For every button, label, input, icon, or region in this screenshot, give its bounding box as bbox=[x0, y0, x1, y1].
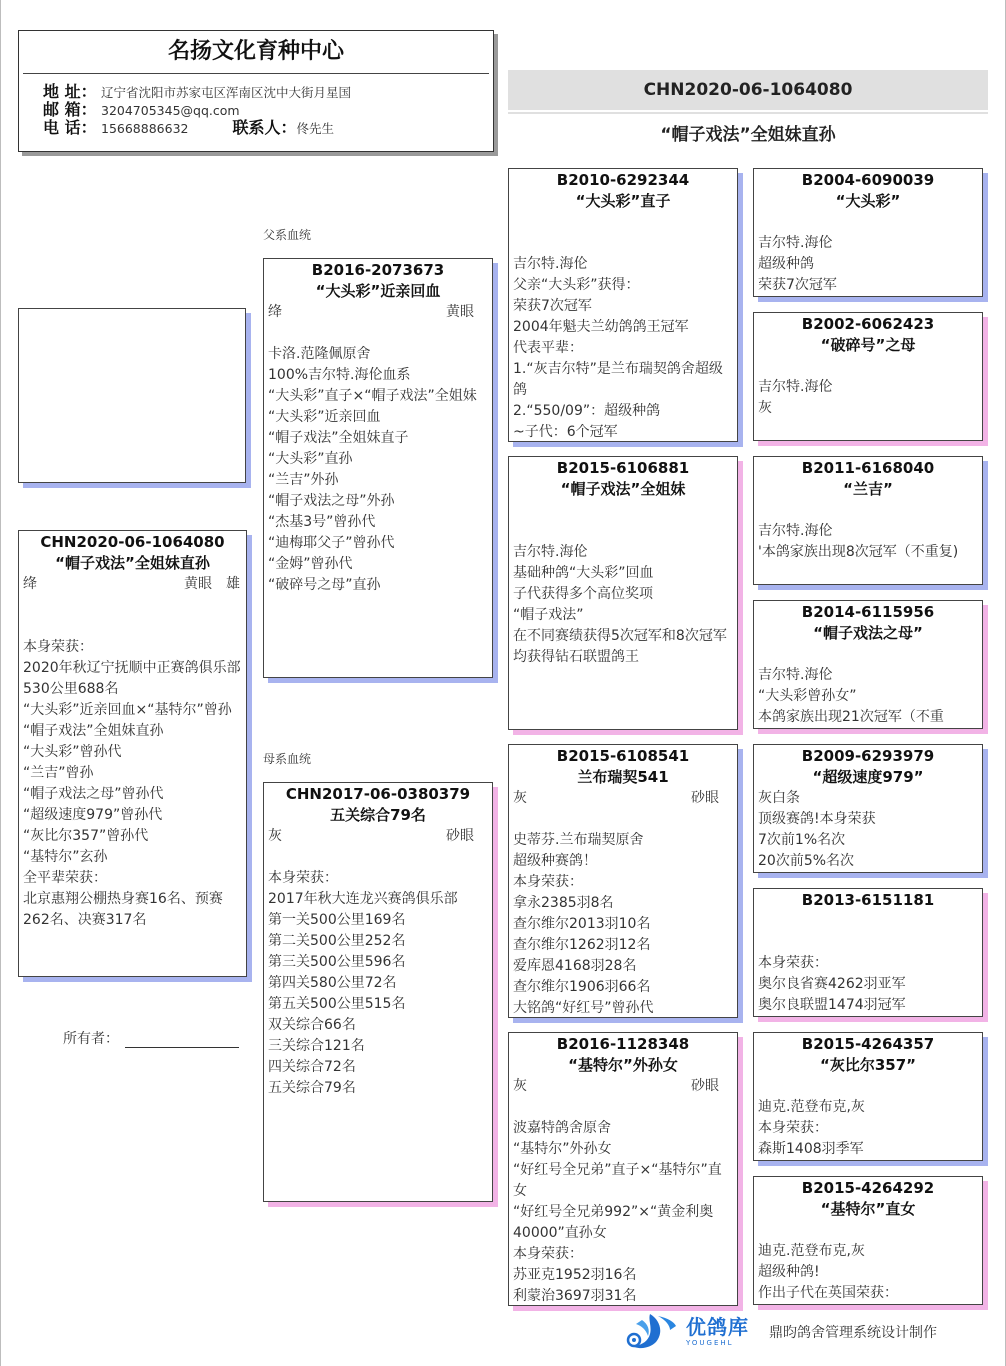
owner-field: 所有者： bbox=[63, 1028, 239, 1048]
note-line: 全平辈荣获： bbox=[23, 868, 242, 889]
note-line: 荣获7次冠军 bbox=[758, 275, 978, 296]
contact-label: 联系人： bbox=[232, 118, 296, 137]
note-line: “帽子戏法”全姐妹直子 bbox=[268, 428, 488, 449]
divider bbox=[508, 112, 988, 114]
note-line: 2020年秋辽宁抚顺中正赛鸽俱乐部530公里688名 bbox=[23, 658, 242, 700]
note-line: 吉尔特.海伦 bbox=[513, 542, 733, 563]
note-line: 7次前1%名次 bbox=[758, 830, 978, 851]
pigeon-attributes: 灰 砂眼 bbox=[509, 1076, 737, 1097]
great-grandparent-card: B2013-6151181 本身荣获： 奥尔良省赛4262羽亚军 奥尔良联盟14… bbox=[753, 888, 983, 1017]
note-line: 第二关500公里252名 bbox=[268, 931, 488, 952]
card-notes: 吉尔特.海伦 超级种鸽 荣获7次冠军 bbox=[754, 233, 982, 296]
ring-number: B2015-4264292 bbox=[754, 1178, 982, 1198]
pigeon-name: “破碎号”之母 bbox=[754, 334, 982, 356]
pigeon-attributes: 灰 砂眼 bbox=[264, 826, 492, 847]
sex: 雄 bbox=[226, 574, 240, 595]
note-line: 2004年魁夫兰幼鸽鸽王冠军 bbox=[513, 317, 733, 338]
phone-row: 电 话：15668886632联系人：佟先生 bbox=[43, 119, 493, 137]
great-grandparent-card: B2014-6115956 “帽子戏法之母” 吉尔特.海伦 “大头彩曾孙女” 本… bbox=[753, 600, 983, 729]
pigeon-name: “大头彩”近亲回血 bbox=[264, 280, 492, 302]
note-line: “灰比尔357”曾孙代 bbox=[23, 826, 242, 847]
note-line: 超级种鸽 bbox=[758, 254, 978, 275]
owner-label: 所有者： bbox=[63, 1031, 119, 1047]
note-line: 爱库恩4168羽28名 bbox=[513, 956, 733, 977]
note-line: 本身荣获： bbox=[268, 868, 488, 889]
pigeon-name: “兰吉” bbox=[754, 478, 982, 500]
note-line: 迪克.范登布克,灰 bbox=[758, 1241, 978, 1262]
note-line: 迪克.范登布克,灰 bbox=[758, 1097, 978, 1118]
note-line: “帽子戏法” bbox=[513, 605, 733, 626]
note-line: 父亲“大头彩”获得： bbox=[513, 275, 733, 296]
eye-type: 砂眼 bbox=[446, 826, 474, 847]
note-line: 五关综合79名 bbox=[268, 1078, 488, 1099]
pigeon-name: “大头彩”直子 bbox=[509, 190, 737, 212]
card-notes: 吉尔特.海伦 父亲“大头彩”获得： 荣获7次冠军 2004年魁夫兰幼鸽鸽王冠军 … bbox=[509, 254, 737, 442]
pigeon-attributes: 绛 黄眼 bbox=[264, 302, 492, 323]
note-line: 四关综合72名 bbox=[268, 1057, 488, 1078]
note-line: “大头彩”近亲回血×“基特尔”曾孙 bbox=[23, 700, 242, 721]
note-line: 子代获得多个高位奖项 bbox=[513, 584, 733, 605]
note-line: “帽子戏法之母”曾孙代 bbox=[23, 784, 242, 805]
note-line: “好红号全兄弟992”×“黄金利奥40000”直孙女 bbox=[513, 1202, 733, 1244]
ring-number: CHN2017-06-0380379 bbox=[264, 784, 492, 804]
note-line: 史蒂芬.兰布瑞契原舍 bbox=[513, 830, 733, 851]
note-line: “大头彩”直孙 bbox=[268, 449, 488, 470]
note-line: “好红号全兄弟”直子×“基特尔”直女 bbox=[513, 1160, 733, 1202]
ring-number: B2016-1128348 bbox=[509, 1034, 737, 1054]
note-line: 顶级赛鸽!本身荣获 bbox=[758, 809, 978, 830]
note-line: 吉尔特.海伦 bbox=[758, 233, 978, 254]
eye-type: 砂眼 bbox=[691, 1076, 719, 1097]
pigeon-name: “超级速度979” bbox=[754, 766, 982, 788]
grandsire-maternal-card: B2015-6108541 兰布瑞契541 灰 砂眼 史蒂芬.兰布瑞契原舍 超级… bbox=[508, 744, 738, 1018]
dam-line-label: 母系血统 bbox=[263, 750, 311, 767]
note-line: 荣获7次冠军 bbox=[513, 296, 733, 317]
note-line: 100%吉尔特.海伦血系 bbox=[268, 365, 488, 386]
note-line: “金姆”曾孙代 bbox=[268, 554, 488, 575]
ring-number: B2011-6168040 bbox=[754, 458, 982, 478]
note-line: 三关综合121名 bbox=[268, 1036, 488, 1057]
note-line: 第一关500公里169名 bbox=[268, 910, 488, 931]
note-line: 超级种鸽! bbox=[758, 1262, 978, 1283]
note-line: 查尔维尔1906羽66名 bbox=[513, 977, 733, 998]
brand-logo-icon bbox=[620, 1310, 684, 1354]
sire-line-label: 父系血统 bbox=[263, 226, 311, 243]
card-notes: 迪克.范登布克,灰 本身荣获： 森斯1408羽季军 bbox=[754, 1097, 982, 1160]
note-line: “破碎号之母”直孙 bbox=[268, 575, 488, 596]
brand-name-cn: 优鸽库 bbox=[686, 1316, 749, 1338]
address-row: 地 址：辽宁省沈阳市苏家屯区浑南区沈中大街月星国 bbox=[43, 83, 493, 101]
phone-value: 15668886632 bbox=[101, 121, 188, 136]
ring-number: B2010-6292344 bbox=[509, 170, 737, 190]
note-line: 北京惠翔公棚热身赛16名、预赛262名、决赛317名 bbox=[23, 889, 242, 931]
loft-title: 名扬文化育种中心 bbox=[19, 31, 493, 73]
great-grandparent-card: B2015-4264357 “灰比尔357” 迪克.范登布克,灰 本身荣获： 森… bbox=[753, 1032, 983, 1161]
note-line: '本鸽家族出现8次冠军（不重复) bbox=[758, 542, 978, 563]
address-value: 辽宁省沈阳市苏家屯区浑南区沈中大街月星国 bbox=[101, 85, 351, 100]
card-notes: 卡洛.范隆佩原舍 100%吉尔特.海伦血系 “大头彩”直子×“帽子戏法”全姐妹 … bbox=[264, 344, 492, 596]
pigeon-name: “灰比尔357” bbox=[754, 1054, 982, 1076]
note-line: 基础种鸽“大头彩”回血 bbox=[513, 563, 733, 584]
ring-number: B2009-6293979 bbox=[754, 746, 982, 766]
note-line: 2.“550/09”：超级种鸽 bbox=[513, 401, 733, 422]
granddam-maternal-card: B2016-1128348 “基特尔”外孙女 灰 砂眼 波嘉特鸽舍原舍 “基特尔… bbox=[508, 1032, 738, 1306]
ring-number: B2016-2073673 bbox=[264, 260, 492, 280]
card-notes: 吉尔特.海伦 灰 bbox=[754, 377, 982, 419]
note-line: 奥尔良联盟1474羽冠军 bbox=[758, 995, 978, 1016]
brand-name-en: YOUGEHL bbox=[686, 1338, 749, 1348]
note-line: 双关综合66名 bbox=[268, 1015, 488, 1036]
subject-pedigree-card: CHN2020-06-1064080 “帽子戏法”全姐妹直孙 绛 黄眼 雄 本身… bbox=[18, 530, 247, 977]
note-line: 奥尔良省赛4262羽亚军 bbox=[758, 974, 978, 995]
note-line: 1.“灰吉尔特”是兰布瑞契鸽舍超级鸽 bbox=[513, 359, 733, 401]
pigeon-attributes: 绛 黄眼 雄 bbox=[19, 574, 246, 595]
note-line: 吉尔特.海伦 bbox=[513, 254, 733, 275]
note-line: “大头彩”直子×“帽子戏法”全姐妹 bbox=[268, 386, 488, 407]
note-line: 大铭鸽“好红号”曾孙代 bbox=[513, 998, 733, 1018]
card-notes: 本身荣获： 2017年秋大连龙兴赛鸽俱乐部 第一关500公里169名 第二关50… bbox=[264, 868, 492, 1099]
great-grandparent-card: B2004-6090039 “大头彩” 吉尔特.海伦 超级种鸽 荣获7次冠军 bbox=[753, 168, 983, 297]
pigeon-name: 五关综合79名 bbox=[264, 804, 492, 826]
note-line: “兰吉”曾孙 bbox=[23, 763, 242, 784]
note-line: 查尔维尔1262羽12名 bbox=[513, 935, 733, 956]
phone-label: 电 话： bbox=[43, 119, 101, 137]
note-line: 本身荣获： bbox=[513, 872, 733, 893]
ring-number: B2013-6151181 bbox=[754, 890, 982, 910]
pigeon-name: “大头彩” bbox=[754, 190, 982, 212]
note-line: 作出子代在英国荣获： bbox=[758, 1283, 978, 1304]
note-line: 本身荣获： bbox=[758, 1118, 978, 1139]
ring-number: B2015-4264357 bbox=[754, 1034, 982, 1054]
note-line: “迪梅耶父子”曾孙代 bbox=[268, 533, 488, 554]
contact-value: 佟先生 bbox=[297, 121, 335, 136]
note-line: 森斯1408羽季军 bbox=[758, 1139, 978, 1160]
footer-credit: 鼎昀鸽舍管理系统设计制作 bbox=[769, 1322, 937, 1342]
note-line: 第四关580公里72名 bbox=[268, 973, 488, 994]
ring-number: B2002-6062423 bbox=[754, 314, 982, 334]
note-line: “基特尔”玄孙 bbox=[23, 847, 242, 868]
subject-ring-banner: CHN2020-06-1064080 bbox=[508, 70, 988, 110]
note-line: “杰基3号”曾孙代 bbox=[268, 512, 488, 533]
note-line: 本身荣获： bbox=[513, 1244, 733, 1265]
pigeon-name: “帽子戏法”全姐妹 bbox=[509, 478, 737, 500]
note-line: 吉尔特.海伦 bbox=[758, 521, 978, 542]
feather-color: 绛 bbox=[23, 574, 184, 595]
eye-type: 砂眼 bbox=[691, 788, 719, 809]
ring-number: B2015-6108541 bbox=[509, 746, 737, 766]
ring-number: B2014-6115956 bbox=[754, 602, 982, 622]
note-line: “大头彩”近亲回血 bbox=[268, 407, 488, 428]
note-line: “帽子戏法”全姐妹直孙 bbox=[23, 721, 242, 742]
ring-number: B2015-6106881 bbox=[509, 458, 737, 478]
note-line: 第三关500公里596名 bbox=[268, 952, 488, 973]
card-notes: 吉尔特.海伦 “大头彩曾孙女” 本鸽家族出现21次冠军（不重 bbox=[754, 665, 982, 728]
dam-card: CHN2017-06-0380379 五关综合79名 灰 砂眼 本身荣获： 20… bbox=[263, 782, 493, 1202]
note-line: 卡洛.范隆佩原舍 bbox=[268, 344, 488, 365]
pigeon-name: “帽子戏法之母” bbox=[754, 622, 982, 644]
note-line: “兰吉”外孙 bbox=[268, 470, 488, 491]
note-line: 灰 bbox=[758, 398, 978, 419]
note-line: 查尔维尔2013羽10名 bbox=[513, 914, 733, 935]
note-line: “大头彩”曾孙代 bbox=[23, 742, 242, 763]
eye-type: 黄眼 bbox=[446, 302, 474, 323]
feather-color: 灰 bbox=[513, 1076, 691, 1097]
page-edge bbox=[0, 0, 1, 1366]
ring-number: B2004-6090039 bbox=[754, 170, 982, 190]
card-notes: 波嘉特鸽舍原舍 “基特尔”外孙女 “好红号全兄弟”直子×“基特尔”直女 “好红号… bbox=[509, 1118, 737, 1306]
address-label: 地 址： bbox=[43, 83, 101, 101]
pigeon-name bbox=[754, 910, 982, 932]
pigeon-photo-placeholder bbox=[18, 308, 246, 483]
note-line: 20次前5%名次 bbox=[758, 851, 978, 872]
note-line: 吉尔特.海伦 bbox=[758, 665, 978, 686]
note-line: 吉尔特.海伦 bbox=[758, 377, 978, 398]
note-line: 拿永2385羽8名 bbox=[513, 893, 733, 914]
pigeon-name: “基特尔”直女 bbox=[754, 1198, 982, 1220]
note-line: “基特尔”外孙女 bbox=[513, 1139, 733, 1160]
card-notes: 本身荣获： 2020年秋辽宁抚顺中正赛鸽俱乐部530公里688名 “大头彩”近亲… bbox=[19, 637, 246, 931]
note-line: 本鸽家族出现21次冠军（不重 bbox=[758, 707, 978, 728]
great-grandparent-card: B2002-6062423 “破碎号”之母 吉尔特.海伦 灰 bbox=[753, 312, 983, 441]
eye-type: 黄眼 bbox=[184, 574, 212, 595]
email-value: 3204705345@qq.com bbox=[101, 103, 240, 118]
note-line: 本身荣获： bbox=[23, 637, 242, 658]
subject-title: “帽子戏法”全姐妹直孙 bbox=[508, 120, 988, 145]
feather-color: 绛 bbox=[268, 302, 446, 323]
feather-color: 灰 bbox=[513, 788, 691, 809]
ring-number: CHN2020-06-1064080 bbox=[19, 532, 246, 552]
sire-card: B2016-2073673 “大头彩”近亲回血 绛 黄眼 卡洛.范隆佩原舍 10… bbox=[263, 258, 493, 678]
note-line: 灰白条 bbox=[758, 788, 978, 809]
card-notes: 迪克.范登布克,灰 超级种鸽! 作出子代在英国荣获： bbox=[754, 1241, 982, 1304]
great-grandparent-card: B2015-4264292 “基特尔”直女 迪克.范登布克,灰 超级种鸽! 作出… bbox=[753, 1176, 983, 1305]
note-line: ~子代：6个冠军 bbox=[513, 422, 733, 442]
loft-contact-info: 地 址：辽宁省沈阳市苏家屯区浑南区沈中大街月星国 邮 箱：3204705345@… bbox=[19, 74, 493, 137]
card-notes: 吉尔特.海伦 基础种鸽“大头彩”回血 子代获得多个高位奖项 “帽子戏法” 在不同… bbox=[509, 542, 737, 668]
pigeon-attributes: 灰 砂眼 bbox=[509, 788, 737, 809]
card-notes: 本身荣获： 奥尔良省赛4262羽亚军 奥尔良联盟1474羽冠军 bbox=[754, 953, 982, 1016]
note-line: 超级种赛鸽！ bbox=[513, 851, 733, 872]
note-line: 波嘉特鸽舍原舍 bbox=[513, 1118, 733, 1139]
brand-text: 优鸽库 YOUGEHL bbox=[686, 1316, 749, 1348]
note-line: 代表平辈： bbox=[513, 338, 733, 359]
footer-branding: 优鸽库 YOUGEHL 鼎昀鸽舍管理系统设计制作 bbox=[620, 1310, 937, 1354]
pigeon-name: 兰布瑞契541 bbox=[509, 766, 737, 788]
owner-blank-line bbox=[125, 1033, 239, 1048]
feather-color: 灰 bbox=[268, 826, 446, 847]
note-line: 在不同赛绩获得5次冠军和8次冠军均获得钻石联盟鸽王 bbox=[513, 626, 733, 668]
note-line: 2017年秋大连龙兴赛鸽俱乐部 bbox=[268, 889, 488, 910]
note-line: 本身荣获： bbox=[758, 953, 978, 974]
loft-header-card: 名扬文化育种中心 地 址：辽宁省沈阳市苏家屯区浑南区沈中大街月星国 邮 箱：32… bbox=[18, 30, 494, 152]
note-line: “超级速度979”曾孙代 bbox=[23, 805, 242, 826]
email-label: 邮 箱： bbox=[43, 101, 101, 119]
grandsire-paternal-card: B2010-6292344 “大头彩”直子 吉尔特.海伦 父亲“大头彩”获得： … bbox=[508, 168, 738, 442]
card-notes: 灰白条 顶级赛鸽!本身荣获 7次前1%名次 20次前5%名次 bbox=[754, 788, 982, 872]
note-line: 利蒙治3697羽31名 bbox=[513, 1286, 733, 1306]
card-notes: 史蒂芬.兰布瑞契原舍 超级种赛鸽！ 本身荣获： 拿永2385羽8名 查尔维尔20… bbox=[509, 830, 737, 1018]
pigeon-name: “基特尔”外孙女 bbox=[509, 1054, 737, 1076]
card-notes: 吉尔特.海伦 '本鸽家族出现8次冠军（不重复) bbox=[754, 521, 982, 563]
pigeon-name: “帽子戏法”全姐妹直孙 bbox=[19, 552, 246, 574]
granddam-paternal-card: B2015-6106881 “帽子戏法”全姐妹 吉尔特.海伦 基础种鸽“大头彩”… bbox=[508, 456, 738, 730]
note-line: 苏亚克1952羽16名 bbox=[513, 1265, 733, 1286]
note-line: “大头彩曾孙女” bbox=[758, 686, 978, 707]
note-line: 第五关500公里515名 bbox=[268, 994, 488, 1015]
great-grandparent-card: B2011-6168040 “兰吉” 吉尔特.海伦 '本鸽家族出现8次冠军（不重… bbox=[753, 456, 983, 585]
email-row: 邮 箱：3204705345@qq.com bbox=[43, 101, 493, 119]
note-line: “帽子戏法之母”外孙 bbox=[268, 491, 488, 512]
great-grandparent-card: B2009-6293979 “超级速度979” 灰白条 顶级赛鸽!本身荣获 7次… bbox=[753, 744, 983, 873]
